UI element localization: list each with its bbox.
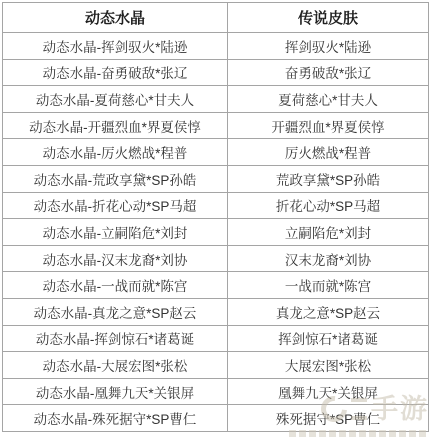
table-cell: 动态水晶-殊死据守*SP曹仁 — [3, 405, 228, 432]
table-cell: 动态水晶-荒政享黛*SP孙皓 — [3, 165, 228, 192]
table-row: 动态水晶-开疆烈血*界夏侯惇 开疆烈血*界夏侯惇 — [3, 112, 429, 139]
table-row: 动态水晶-一战而就*陈宫 一战而就*陈宫 — [3, 272, 429, 299]
table-cell: 挥剑惊石*诸葛诞 — [227, 325, 428, 352]
table-row: 动态水晶-大展宏图*张松 大展宏图*张松 — [3, 352, 429, 379]
table-row: 动态水晶-挥剑惊石*诸葛诞 挥剑惊石*诸葛诞 — [3, 325, 429, 352]
table-cell: 动态水晶-挥剑驭火*陆逊 — [3, 33, 228, 60]
table-cell: 殊死据守*SP曹仁 — [227, 405, 428, 432]
table-cell: 挥剑驭火*陆逊 — [227, 33, 428, 60]
table-cell: 动态水晶-折花心动*SP马超 — [3, 192, 228, 219]
table-cell: 真龙之意*SP赵云 — [227, 298, 428, 325]
table-cell: 动态水晶-挥剑惊石*诸葛诞 — [3, 325, 228, 352]
table-cell: 汉末龙裔*刘协 — [227, 245, 428, 272]
column-header-legend-skin: 传说皮肤 — [227, 3, 428, 33]
table-cell: 动态水晶-汉末龙裔*刘协 — [3, 245, 228, 272]
table-header-row: 动态水晶 传说皮肤 — [3, 3, 429, 33]
table-cell: 动态水晶-厉火燃战*程普 — [3, 139, 228, 166]
table-row: 动态水晶-夏荷慈心*甘夫人 夏荷慈心*甘夫人 — [3, 86, 429, 113]
table-row: 动态水晶-汉末龙裔*刘协 汉末龙裔*刘协 — [3, 245, 429, 272]
table-row: 动态水晶-挥剑驭火*陆逊 挥剑驭火*陆逊 — [3, 33, 429, 60]
table-row: 动态水晶-立嗣陷危*刘封 立嗣陷危*刘封 — [3, 219, 429, 246]
table-row: 动态水晶-真龙之意*SP赵云 真龙之意*SP赵云 — [3, 298, 429, 325]
table-row: 动态水晶-奋勇破敌*张辽 奋勇破敌*张辽 — [3, 59, 429, 86]
table-row: 动态水晶-荒政享黛*SP孙皓 荒政享黛*SP孙皓 — [3, 165, 429, 192]
table-cell: 凰舞九天*关银屏 — [227, 378, 428, 405]
skin-mapping-table: 动态水晶 传说皮肤 动态水晶-挥剑驭火*陆逊 挥剑驭火*陆逊 动态水晶-奋勇破敌… — [2, 2, 429, 432]
table-row: 动态水晶-凰舞九天*关银屏 凰舞九天*关银屏 — [3, 378, 429, 405]
table-row: 动态水晶-厉火燃战*程普 厉火燃战*程普 — [3, 139, 429, 166]
table-cell: 动态水晶-开疆烈血*界夏侯惇 — [3, 112, 228, 139]
table-cell: 开疆烈血*界夏侯惇 — [227, 112, 428, 139]
table-cell: 动态水晶-大展宏图*张松 — [3, 352, 228, 379]
table-cell: 厉火燃战*程普 — [227, 139, 428, 166]
table-cell: 动态水晶-一战而就*陈宫 — [3, 272, 228, 299]
table-cell: 折花心动*SP马超 — [227, 192, 428, 219]
table-cell: 动态水晶-奋勇破敌*张辽 — [3, 59, 228, 86]
table-cell: 动态水晶-真龙之意*SP赵云 — [3, 298, 228, 325]
page: 动态水晶 传说皮肤 动态水晶-挥剑驭火*陆逊 挥剑驭火*陆逊 动态水晶-奋勇破敌… — [0, 2, 431, 443]
table-cell: 一战而就*陈宫 — [227, 272, 428, 299]
table-cell: 动态水晶-凰舞九天*关银屏 — [3, 378, 228, 405]
table-cell: 奋勇破敌*张辽 — [227, 59, 428, 86]
table-cell: 夏荷慈心*甘夫人 — [227, 86, 428, 113]
table-cell: 荒政享黛*SP孙皓 — [227, 165, 428, 192]
table-cell: 大展宏图*张松 — [227, 352, 428, 379]
table-cell: 动态水晶-夏荷慈心*甘夫人 — [3, 86, 228, 113]
table-cell: 动态水晶-立嗣陷危*刘封 — [3, 219, 228, 246]
table-cell: 立嗣陷危*刘封 — [227, 219, 428, 246]
table-row: 动态水晶-殊死据守*SP曹仁 殊死据守*SP曹仁 — [3, 405, 429, 432]
column-header-dynamic-crystal: 动态水晶 — [3, 3, 228, 33]
table-row: 动态水晶-折花心动*SP马超 折花心动*SP马超 — [3, 192, 429, 219]
